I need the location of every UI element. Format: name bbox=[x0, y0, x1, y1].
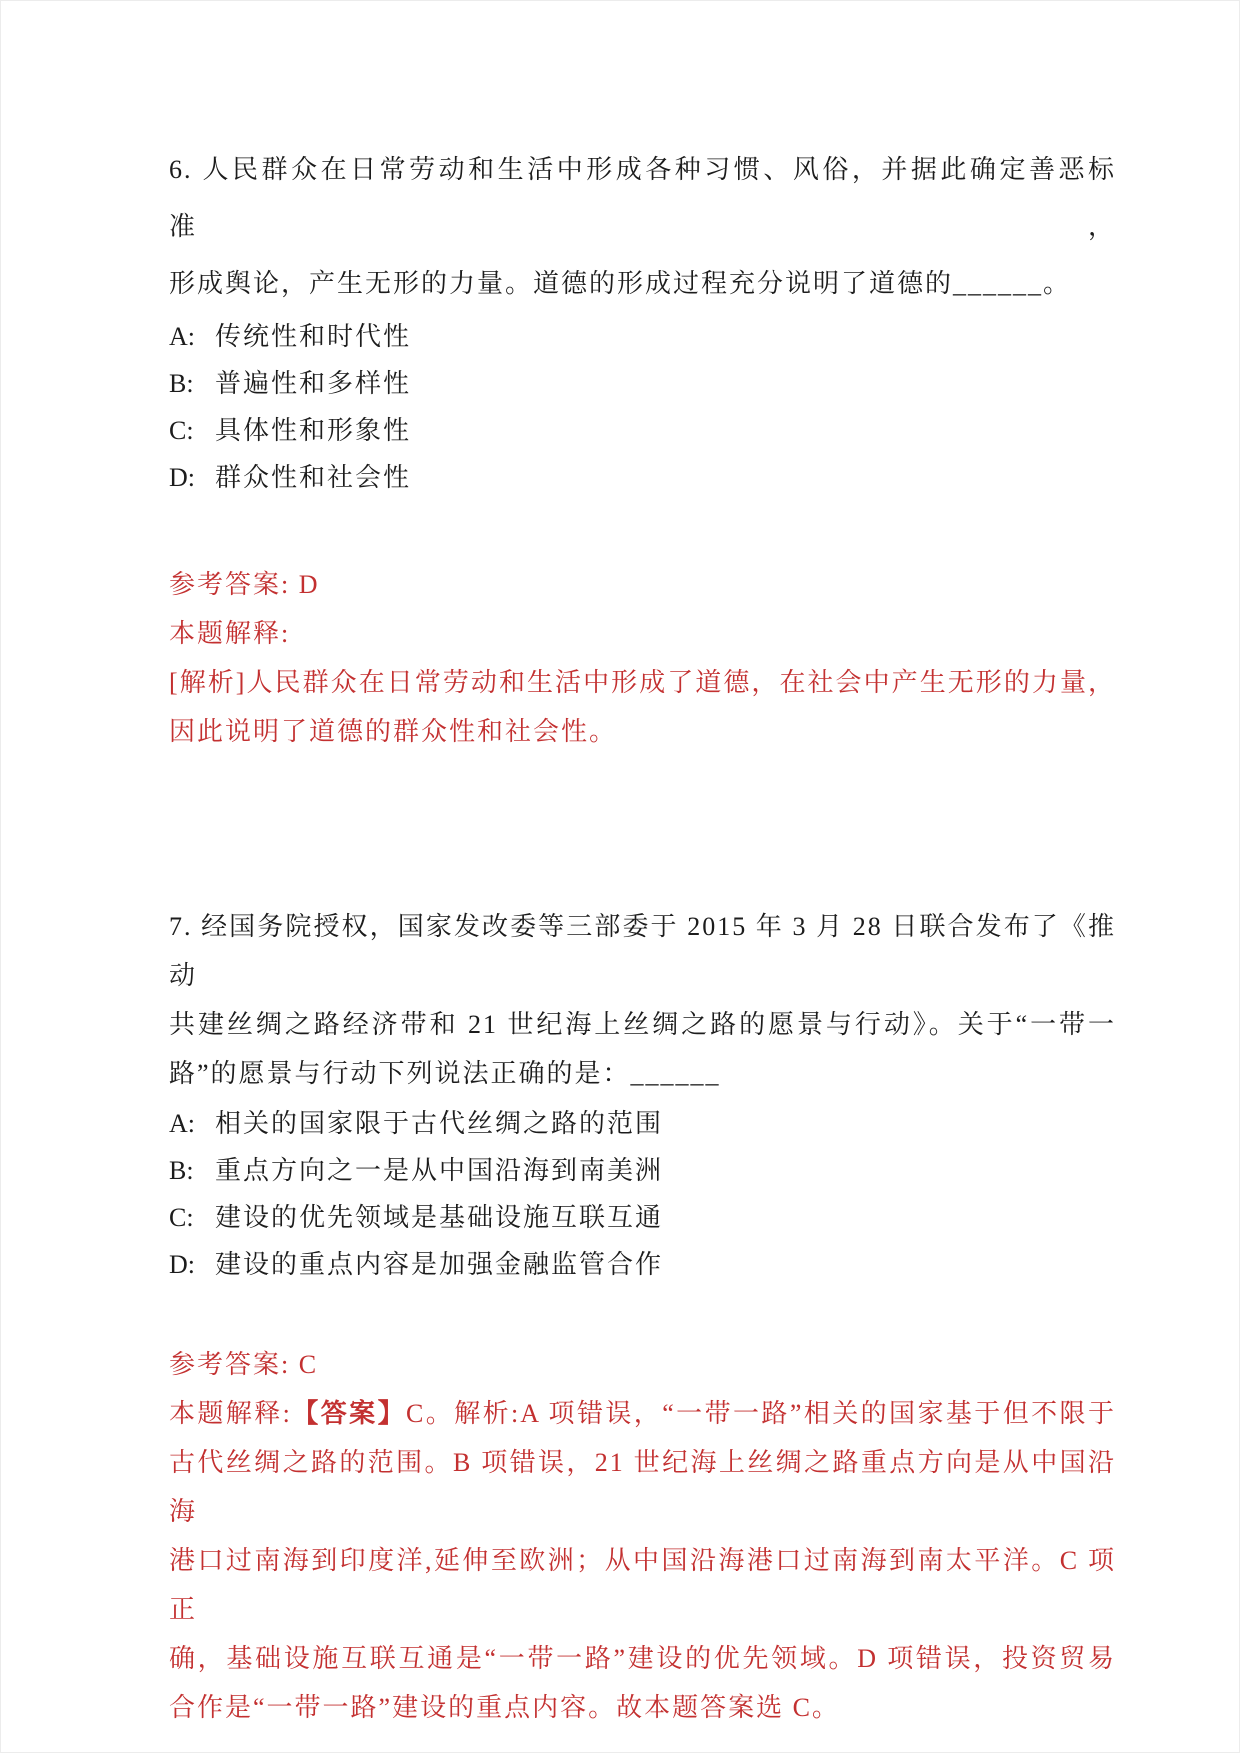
option-label: A: bbox=[169, 313, 215, 360]
question-6-reference-answer: 参考答案: D bbox=[169, 560, 1116, 609]
question-6-option-c: C:具体性和形象性 bbox=[169, 407, 1116, 454]
question-6-stem-line-1: 6. 人民群众在日常劳动和生活中形成各种习惯、风俗，并据此确定善恶标准， bbox=[169, 141, 1116, 255]
question-6-explanation-line-2: 因此说明了道德的群众性和社会性。 bbox=[169, 707, 1116, 756]
question-6-explanation-line-1: [解析]人民群众在日常劳动和生活中形成了道德，在社会中产生无形的力量， bbox=[169, 658, 1116, 707]
question-6-option-b: B:普遍性和多样性 bbox=[169, 360, 1116, 407]
option-text: 相关的国家限于古代丝绸之路的范围 bbox=[215, 1109, 663, 1138]
question-7-option-a: A:相关的国家限于古代丝绸之路的范围 bbox=[169, 1100, 1116, 1147]
option-label: B: bbox=[169, 1147, 215, 1194]
option-text: 建设的重点内容是加强金融监管合作 bbox=[215, 1250, 663, 1279]
option-label: B: bbox=[169, 360, 215, 407]
question-6-option-d: D:群众性和社会性 bbox=[169, 454, 1116, 501]
question-6: 6. 人民群众在日常劳动和生活中形成各种习惯、风俗，并据此确定善恶标准， 形成舆… bbox=[169, 141, 1116, 756]
question-7-stem: 7. 经国务院授权，国家发改委等三部委于 2015 年 3 月 28 日联合发布… bbox=[169, 902, 1116, 1098]
question-7-option-d: D:建设的重点内容是加强金融监管合作 bbox=[169, 1241, 1116, 1288]
explanation-intro-rest: C。解析:A 项错误，“一带一路”相关的国家基于但不限于 bbox=[406, 1399, 1116, 1428]
option-text: 传统性和时代性 bbox=[215, 322, 411, 351]
question-7-explanation-intro: 本题解释:【答案】C。解析:A 项错误，“一带一路”相关的国家基于但不限于 bbox=[169, 1389, 1116, 1438]
option-label: D: bbox=[169, 454, 215, 501]
question-7-explanation-line-2: 古代丝绸之路的范围。B 项错误，21 世纪海上丝绸之路重点方向是从中国沿海 bbox=[169, 1438, 1116, 1536]
option-text: 建设的优先领域是基础设施互联互通 bbox=[215, 1203, 663, 1232]
question-7-stem-line-2: 共建丝绸之路经济带和 21 世纪海上丝绸之路的愿景与行动》。关于“一带一 bbox=[169, 1000, 1116, 1049]
document-page: 6. 人民群众在日常劳动和生活中形成各种习惯、风俗，并据此确定善恶标准， 形成舆… bbox=[0, 0, 1240, 1753]
question-6-explanation-title: 本题解释: bbox=[169, 609, 1116, 658]
question-6-stem-line-2: 形成舆论，产生无形的力量。道德的形成过程充分说明了道德的______。 bbox=[169, 255, 1116, 312]
question-7-stem-line-3: 路”的愿景与行动下列说法正确的是：______ bbox=[169, 1049, 1116, 1098]
option-text: 普遍性和多样性 bbox=[215, 369, 411, 398]
question-7-option-c: C:建设的优先领域是基础设施互联互通 bbox=[169, 1194, 1116, 1241]
question-7-explanation-line-3: 港口过南海到印度洋,延伸至欧洲；从中国沿海港口过南海到南太平洋。C 项正 bbox=[169, 1536, 1116, 1634]
option-label: A: bbox=[169, 1100, 215, 1147]
question-7-explanation: 本题解释:【答案】C。解析:A 项错误，“一带一路”相关的国家基于但不限于 古代… bbox=[169, 1389, 1116, 1732]
question-7-stem-line-1: 7. 经国务院授权，国家发改委等三部委于 2015 年 3 月 28 日联合发布… bbox=[169, 902, 1116, 1000]
option-label: C: bbox=[169, 1194, 215, 1241]
option-text: 具体性和形象性 bbox=[215, 416, 411, 445]
question-6-option-a: A:传统性和时代性 bbox=[169, 313, 1116, 360]
question-6-explanation: [解析]人民群众在日常劳动和生活中形成了道德，在社会中产生无形的力量， 因此说明… bbox=[169, 658, 1116, 756]
question-6-stem: 6. 人民群众在日常劳动和生活中形成各种习惯、风俗，并据此确定善恶标准， 形成舆… bbox=[169, 141, 1116, 312]
question-7-option-b: B:重点方向之一是从中国沿海到南美洲 bbox=[169, 1147, 1116, 1194]
question-7-options: A:相关的国家限于古代丝绸之路的范围 B:重点方向之一是从中国沿海到南美洲 C:… bbox=[169, 1100, 1116, 1288]
question-7-explanation-line-4: 确，基础设施互联互通是“一带一路”建设的优先领域。D 项错误，投资贸易 bbox=[169, 1634, 1116, 1683]
answer-tag: 【答案】 bbox=[292, 1399, 406, 1428]
option-text: 重点方向之一是从中国沿海到南美洲 bbox=[215, 1156, 663, 1185]
question-7-reference-answer: 参考答案: C bbox=[169, 1340, 1116, 1389]
explanation-title-inline: 本题解释: bbox=[169, 1399, 292, 1428]
option-label: D: bbox=[169, 1241, 215, 1288]
question-7-explanation-line-5: 合作是“一带一路”建设的重点内容。故本题答案选 C。 bbox=[169, 1683, 1116, 1732]
option-label: C: bbox=[169, 407, 215, 454]
question-6-options: A:传统性和时代性 B:普遍性和多样性 C:具体性和形象性 D:群众性和社会性 bbox=[169, 313, 1116, 501]
option-text: 群众性和社会性 bbox=[215, 463, 411, 492]
question-7: 7. 经国务院授权，国家发改委等三部委于 2015 年 3 月 28 日联合发布… bbox=[169, 902, 1116, 1732]
